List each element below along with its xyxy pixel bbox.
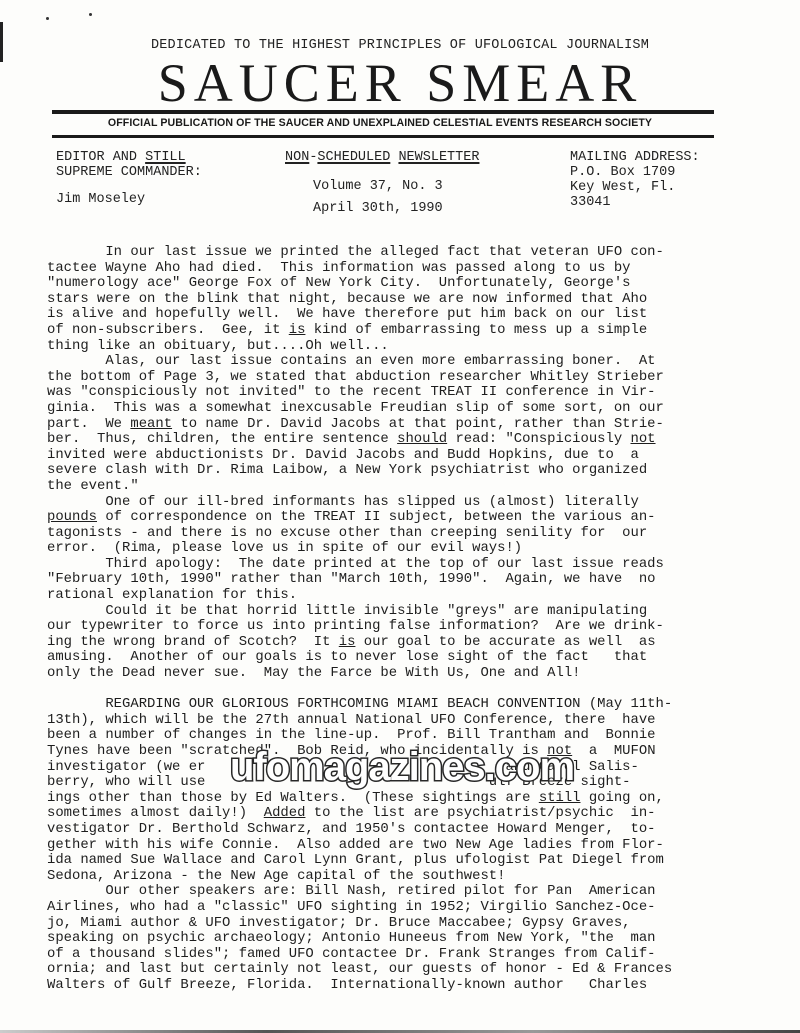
body-line: Our other speakers are: Bill Nash, retir… bbox=[47, 884, 787, 900]
newsletter-type: NON-SCHEDULED NEWSLETTER bbox=[285, 150, 479, 165]
underlined-text: Added bbox=[264, 805, 306, 821]
body-line: our typewriter to force us into printing… bbox=[47, 619, 787, 635]
body-text-segment: tagonists - and there is no excuse other… bbox=[47, 525, 647, 541]
newsletter-type-part: SCHEDULED bbox=[317, 150, 390, 165]
body-text-segment: sometimes almost daily!) bbox=[47, 805, 264, 821]
body-text-segment: speaking on psychic archaeology; Antonio… bbox=[47, 930, 656, 946]
body-text-segment: Alas, our last issue contains an even mo… bbox=[47, 353, 656, 369]
underlined-text: should bbox=[397, 431, 447, 447]
body-text-segment: Third apology: The date printed at the t… bbox=[47, 556, 664, 572]
body-text-segment: going on, bbox=[581, 790, 664, 806]
editor-title-line1: EDITOR AND STILL bbox=[56, 150, 202, 165]
body-line: vestigator Dr. Berthold Schwarz, and 195… bbox=[47, 822, 787, 838]
body-text-segment: ings other than those by Ed Walters. (Th… bbox=[47, 790, 539, 806]
body-line: amusing. Another of our goals is to neve… bbox=[47, 650, 787, 666]
newsletter-block: NON-SCHEDULED NEWSLETTER Volume 37, No. … bbox=[285, 150, 479, 216]
body-text-segment: thing like an obituary, but....Oh well..… bbox=[47, 338, 389, 354]
body-line: pounds of correspondence on the TREAT II… bbox=[47, 510, 787, 526]
body-text-segment: of a thousand slides"; famed UFO contact… bbox=[47, 946, 656, 962]
body-line: ginia. This was a somewhat inexcusable F… bbox=[47, 401, 787, 417]
body-line: the event." bbox=[47, 479, 787, 495]
body-text-segment: ginia. This was a somewhat inexcusable F… bbox=[47, 400, 664, 416]
article-body: In our last issue we printed the alleged… bbox=[47, 245, 787, 994]
body-line: One of our ill-bred informants has slipp… bbox=[47, 495, 787, 511]
body-text-segment: invited were abductionists Dr. David Jac… bbox=[47, 447, 639, 463]
body-line: tagonists - and there is no excuse other… bbox=[47, 526, 787, 542]
body-line: In our last issue we printed the alleged… bbox=[47, 245, 787, 261]
body-line: error. (Rima, please love us in spite of… bbox=[47, 541, 787, 557]
masthead-rule-top bbox=[52, 110, 714, 114]
body-text-segment: rational explanation for this. bbox=[47, 587, 297, 603]
still-underlined: STILL bbox=[145, 150, 186, 165]
mailing-label: MAILING ADDRESS: bbox=[570, 150, 700, 165]
body-line: is alive and hopefully well. We have the… bbox=[47, 307, 787, 323]
underlined-text: not bbox=[631, 431, 656, 447]
body-line: tactee Wayne Aho had died. This informat… bbox=[47, 261, 787, 277]
body-line: REGARDING OUR GLORIOUS FORTHCOMING MIAMI… bbox=[47, 697, 787, 713]
editor-name: Jim Moseley bbox=[56, 192, 202, 207]
body-text-segment: gether with his wife Connie. Also added … bbox=[47, 837, 664, 853]
body-line: Third apology: The date printed at the t… bbox=[47, 557, 787, 573]
body-line: rational explanation for this. bbox=[47, 588, 787, 604]
body-text-segment: Our other speakers are: Bill Nash, retir… bbox=[47, 883, 656, 899]
body-line: thing like an obituary, but....Oh well..… bbox=[47, 339, 787, 355]
body-text-segment: vestigator Dr. Berthold Schwarz, and 195… bbox=[47, 821, 656, 837]
masthead-rule-bottom bbox=[52, 135, 714, 138]
mailing-line: Key West, Fl. bbox=[570, 180, 700, 195]
official-publication-line: OFFICIAL PUBLICATION OF THE SAUCER AND U… bbox=[0, 117, 760, 130]
body-text-segment: was "conspiciously not invited" to the r… bbox=[47, 384, 656, 400]
body-line: invited were abductionists Dr. David Jac… bbox=[47, 448, 787, 464]
body-text-segment: Could it be that horrid little invisible… bbox=[47, 603, 647, 619]
body-line: of a thousand slides"; famed UFO contact… bbox=[47, 947, 787, 963]
body-text-segment: our typewriter to force us into printing… bbox=[47, 618, 664, 634]
body-text-segment: error. (Rima, please love us in spite of… bbox=[47, 540, 522, 556]
body-text-segment: kind of embarrassing to mess up a simple bbox=[305, 322, 647, 338]
body-text-segment: One of our ill-bred informants has slipp… bbox=[47, 494, 639, 510]
editor-title-line2: SUPREME COMMANDER: bbox=[56, 165, 202, 180]
body-line: was "conspiciously not invited" to the r… bbox=[47, 385, 787, 401]
body-text-segment: Airlines, who had a "classic" UFO sighti… bbox=[47, 899, 656, 915]
body-line: ornia; and last but certainly not least,… bbox=[47, 962, 787, 978]
body-line: only the Dead never sue. May the Farce b… bbox=[47, 666, 787, 682]
body-line: Sedona, Arizona - the New Age capital of… bbox=[47, 869, 787, 885]
mailing-line: 33041 bbox=[570, 195, 700, 210]
body-text-segment: ornia; and last but certainly not least,… bbox=[47, 961, 672, 977]
body-text-segment: REGARDING OUR GLORIOUS FORTHCOMING MIAMI… bbox=[47, 696, 672, 712]
body-text-segment: a MUFON bbox=[572, 743, 655, 759]
volume-number: Volume 37, No. 3 bbox=[313, 179, 479, 194]
masthead-title: SAUCER SMEAR bbox=[0, 56, 800, 110]
body-line: sometimes almost daily!) Added to the li… bbox=[47, 806, 787, 822]
body-text-segment: been a number of changes in the line-up.… bbox=[47, 727, 656, 743]
body-text-segment: In our last issue we printed the alleged… bbox=[47, 244, 664, 260]
underlined-text: meant bbox=[130, 416, 172, 432]
body-text-segment: amusing. Another of our goals is to neve… bbox=[47, 649, 647, 665]
editor-block: EDITOR AND STILL SUPREME COMMANDER: Jim … bbox=[56, 150, 202, 207]
underlined-text: is bbox=[339, 634, 356, 650]
body-line: "numerology ace" George Fox of New York … bbox=[47, 276, 787, 292]
body-text-segment: jo, Miami author & UFO investigator; Dr.… bbox=[47, 915, 631, 931]
body-text-segment: is alive and hopefully well. We have the… bbox=[47, 306, 647, 322]
body-text-segment: Walters of Gulf Breeze, Florida. Interna… bbox=[47, 977, 647, 993]
issue-date: April 30th, 1990 bbox=[313, 201, 479, 216]
body-line: been a number of changes in the line-up.… bbox=[47, 728, 787, 744]
body-text-segment: the event." bbox=[47, 478, 139, 494]
body-text-segment: part. We bbox=[47, 416, 130, 432]
body-line: ber. Thus, children, the entire sentence… bbox=[47, 432, 787, 448]
body-line: ings other than those by Ed Walters. (Th… bbox=[47, 791, 787, 807]
body-text-segment: to name Dr. David Jacobs at that point, … bbox=[172, 416, 664, 432]
body-text-segment: ber. Thus, children, the entire sentence bbox=[47, 431, 397, 447]
body-line: of non-subscribers. Gee, it is kind of e… bbox=[47, 323, 787, 339]
body-text-segment: "numerology ace" George Fox of New York … bbox=[47, 275, 631, 291]
scan-speck bbox=[89, 13, 92, 16]
mailing-address-block: MAILING ADDRESS: P.O. Box 1709 Key West,… bbox=[570, 150, 700, 210]
underlined-text: still bbox=[539, 790, 581, 806]
dedication-line: DEDICATED TO THE HIGHEST PRINCIPLES OF U… bbox=[0, 38, 800, 53]
body-text-segment: our goal to be accurate as well as bbox=[355, 634, 655, 650]
editor-label: EDITOR AND bbox=[56, 150, 145, 165]
body-text-segment: only the Dead never sue. May the Farce b… bbox=[47, 665, 581, 681]
body-line: part. We meant to name Dr. David Jacobs … bbox=[47, 417, 787, 433]
body-text-segment: to the list are psychiatrist/psychic in- bbox=[305, 805, 655, 821]
body-line: stars were on the blink that night, beca… bbox=[47, 292, 787, 308]
body-line: ida named Sue Wallace and Carol Lynn Gra… bbox=[47, 853, 787, 869]
body-text-segment: of non-subscribers. Gee, it bbox=[47, 322, 289, 338]
body-line: jo, Miami author & UFO investigator; Dr.… bbox=[47, 916, 787, 932]
body-text-segment: the bottom of Page 3, we stated that abd… bbox=[47, 369, 664, 385]
body-text-segment: of correspondence on the TREAT II subjec… bbox=[97, 509, 656, 525]
body-line: gether with his wife Connie. Also added … bbox=[47, 838, 787, 854]
mailing-line: P.O. Box 1709 bbox=[570, 165, 700, 180]
body-line bbox=[47, 682, 787, 698]
newsletter-type-part: NON bbox=[285, 150, 309, 165]
body-line: Walters of Gulf Breeze, Florida. Interna… bbox=[47, 978, 787, 994]
body-line: 13th), which will be the 27th annual Nat… bbox=[47, 713, 787, 729]
body-text-segment: 13th), which will be the 27th annual Nat… bbox=[47, 712, 656, 728]
body-line: the bottom of Page 3, we stated that abd… bbox=[47, 370, 787, 386]
body-text-segment: stars were on the blink that night, beca… bbox=[47, 291, 647, 307]
body-line: Airlines, who had a "classic" UFO sighti… bbox=[47, 900, 787, 916]
watermark: ufomagazines.com bbox=[222, 745, 582, 790]
body-line: speaking on psychic archaeology; Antonio… bbox=[47, 931, 787, 947]
body-line: Alas, our last issue contains an even mo… bbox=[47, 354, 787, 370]
body-line: ing the wrong brand of Scotch? It is our… bbox=[47, 635, 787, 651]
body-text-segment: "February 10th, 1990" rather than "March… bbox=[47, 571, 656, 587]
scan-speck bbox=[46, 17, 49, 20]
body-text-segment: severe clash with Dr. Rima Laibow, a New… bbox=[47, 462, 647, 478]
body-text-segment: ida named Sue Wallace and Carol Lynn Gra… bbox=[47, 852, 664, 868]
body-line: Could it be that horrid little invisible… bbox=[47, 604, 787, 620]
body-text-segment: Sedona, Arizona - the New Age capital of… bbox=[47, 868, 505, 884]
body-text-segment: read: "Conspiciously bbox=[447, 431, 630, 447]
underlined-text: is bbox=[289, 322, 306, 338]
underlined-text: pounds bbox=[47, 509, 97, 525]
body-line: severe clash with Dr. Rima Laibow, a New… bbox=[47, 463, 787, 479]
body-text-segment: ing the wrong brand of Scotch? It bbox=[47, 634, 339, 650]
body-line: "February 10th, 1990" rather than "March… bbox=[47, 572, 787, 588]
body-text-segment: tactee Wayne Aho had died. This informat… bbox=[47, 260, 631, 276]
newsletter-type-part: NEWSLETTER bbox=[398, 150, 479, 165]
